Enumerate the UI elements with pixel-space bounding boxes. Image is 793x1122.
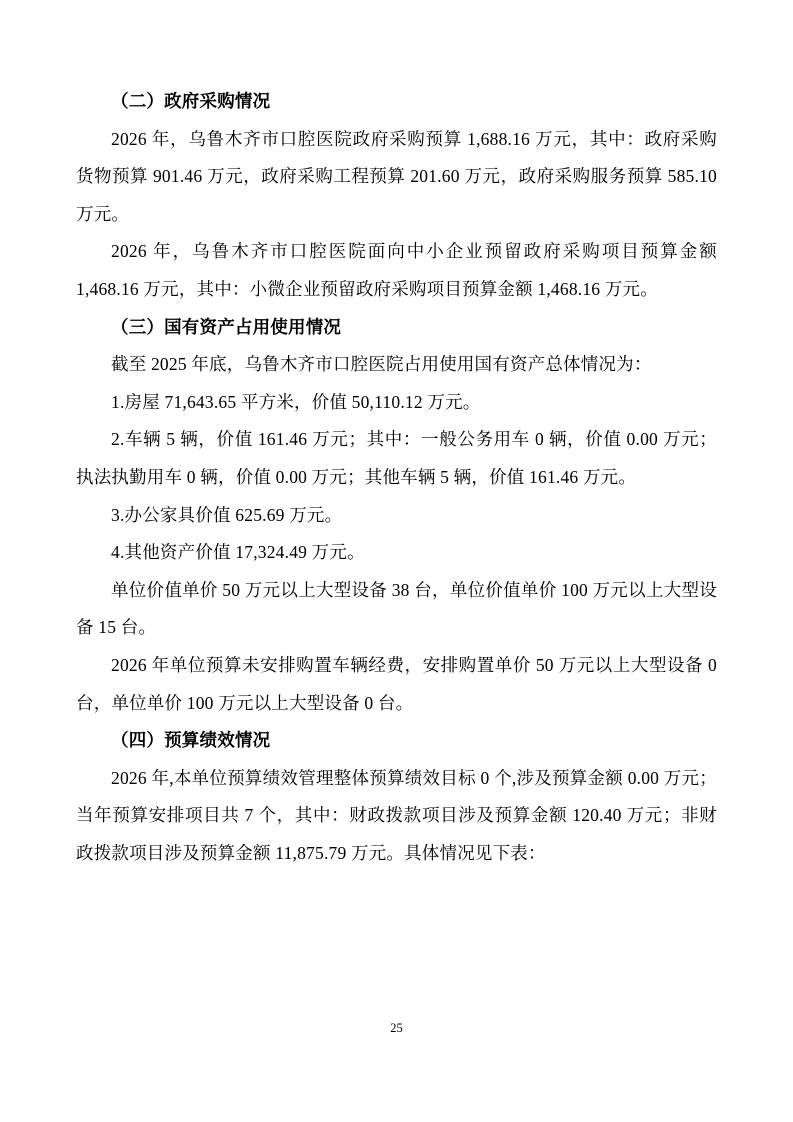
paragraph-procurement-budget: 2026 年，乌鲁木齐市口腔医院政府采购预算 1,688.16 万元，其中：政府… [76,121,717,234]
section-heading-budget-performance: （四）预算绩效情况 [76,722,717,760]
paragraph-assets-housing: 1.房屋 71,643.65 平方米，价值 50,110.12 万元。 [76,384,717,422]
paragraph-sme-reserved-procurement: 2026 年，乌鲁木齐市口腔医院面向中小企业预留政府采购项目预算金额 1,468… [76,233,717,308]
paragraph-assets-other: 4.其他资产价值 17,324.49 万元。 [76,534,717,572]
paragraph-large-equipment: 单位价值单价 50 万元以上大型设备 38 台，单位价值单价 100 万元以上大… [76,572,717,647]
section-heading-state-assets: （三）国有资产占用使用情况 [76,309,717,347]
document-page: （二）政府采购情况 2026 年，乌鲁木齐市口腔医院政府采购预算 1,688.1… [0,0,793,1122]
paragraph-assets-furniture: 3.办公家具价值 625.69 万元。 [76,497,717,535]
document-body: （二）政府采购情况 2026 年，乌鲁木齐市口腔医院政府采购预算 1,688.1… [76,83,717,872]
paragraph-assets-vehicles: 2.车辆 5 辆，价值 161.46 万元；其中：一般公务用车 0 辆，价值 0… [76,421,717,496]
paragraph-assets-overview: 截至 2025 年底，乌鲁木齐市口腔医院占用使用国有资产总体情况为： [76,346,717,384]
page-number: 25 [0,1018,793,1038]
paragraph-budget-performance: 2026 年,本单位预算绩效管理整体预算绩效目标 0 个,涉及预算金额 0.00… [76,760,717,873]
paragraph-equipment-purchase-plan: 2026 年单位预算未安排购置车辆经费，安排购置单价 50 万元以上大型设备 0… [76,647,717,722]
section-heading-government-procurement: （二）政府采购情况 [76,83,717,121]
